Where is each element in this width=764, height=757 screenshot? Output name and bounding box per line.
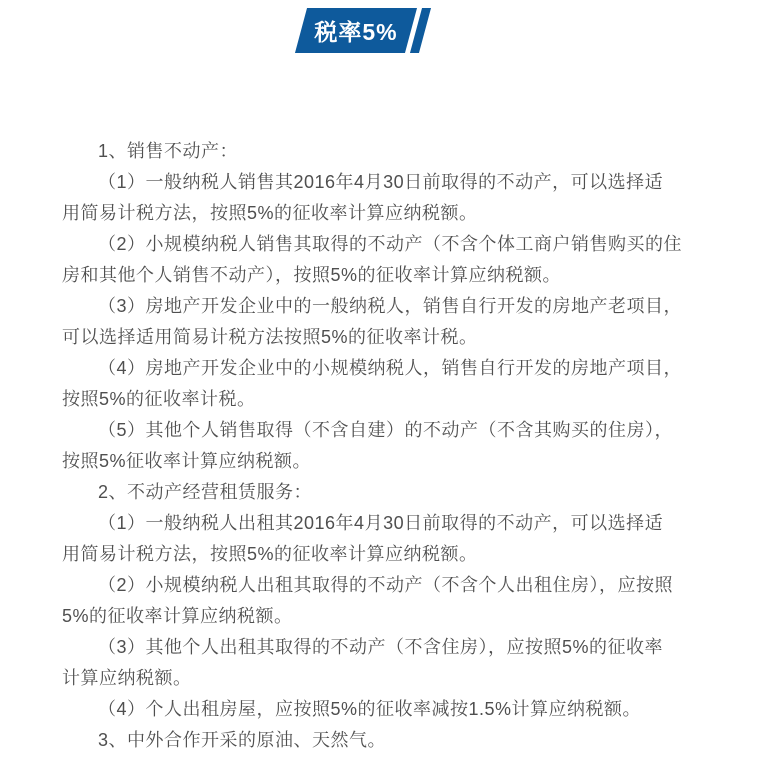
text-line: （4）房地产开发企业中的小规模纳税人，销售自行开发的房地产项目，	[62, 353, 742, 384]
text-line: 用简易计税方法，按照5%的征收率计算应纳税额。	[62, 198, 742, 229]
text-line: 计算应纳税额。	[62, 663, 742, 694]
text-line: 按照5%征收率计算应纳税额。	[62, 446, 742, 477]
text-line: （2）小规模纳税人出租其取得的不动产（不含个人出租住房），应按照	[62, 570, 742, 601]
text-line: 3、中外合作开采的原油、天然气。	[62, 725, 742, 756]
text-line: （1）一般纳税人销售其2016年4月30日前取得的不动产，可以选择适	[62, 167, 742, 198]
text-line: 2、不动产经营租赁服务：	[62, 477, 742, 508]
text-line: 可以选择适用简易计税方法按照5%的征收率计税。	[62, 322, 742, 353]
text-line: （2）小规模纳税人销售其取得的不动产（不含个体工商户销售购买的住	[62, 229, 742, 260]
text-line: （1）一般纳税人出租其2016年4月30日前取得的不动产，可以选择适	[62, 508, 742, 539]
text-line: 5%的征收率计算应纳税额。	[62, 601, 742, 632]
text-line: 用简易计税方法，按照5%的征收率计算应纳税额。	[62, 539, 742, 570]
document-body: 1、销售不动产：（1）一般纳税人销售其2016年4月30日前取得的不动产，可以选…	[62, 136, 742, 756]
text-line: 1、销售不动产：	[62, 136, 742, 167]
page: { "banner": { "label": "税率5%", "backgrou…	[0, 0, 764, 757]
text-line: （4）个人出租房屋，应按照5%的征收率减按1.5%计算应纳税额。	[62, 694, 742, 725]
text-line: 房和其他个人销售不动产），按照5%的征收率计算应纳税额。	[62, 260, 742, 291]
tax-rate-banner: 税率5%	[295, 8, 435, 53]
text-line: 按照5%的征收率计税。	[62, 384, 742, 415]
text-line: （3）房地产开发企业中的一般纳税人，销售自行开发的房地产老项目，	[62, 291, 742, 322]
text-line: （3）其他个人出租其取得的不动产（不含住房），应按照5%的征收率	[62, 632, 742, 663]
text-line: （5）其他个人销售取得（不含自建）的不动产（不含其购买的住房），	[62, 415, 742, 446]
banner-title: 税率5%	[301, 8, 411, 53]
